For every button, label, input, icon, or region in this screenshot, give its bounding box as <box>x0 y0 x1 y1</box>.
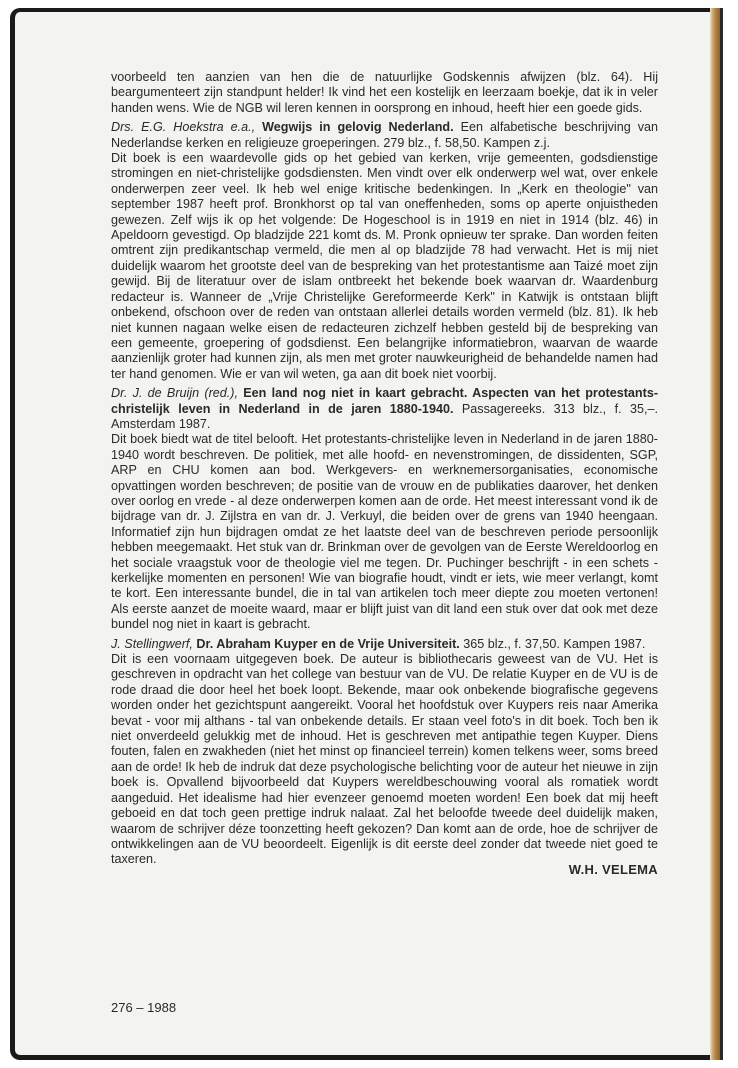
page-edge-shadow <box>720 8 723 1060</box>
intro-paragraph: voorbeeld ten aanzien van hen die de nat… <box>111 70 658 116</box>
review-entry: Dr. J. de Bruijn (red.), Een land nog ni… <box>111 386 658 633</box>
article-body: voorbeeld ten aanzien van hen die de nat… <box>111 70 658 877</box>
review-body: Dit boek is een waardevolle gids op het … <box>111 151 658 382</box>
review-heading: Dr. J. de Bruijn (red.), Een land nog ni… <box>111 386 658 432</box>
page-edge <box>710 8 720 1060</box>
scanned-page: voorbeeld ten aanzien van hen die de nat… <box>0 0 738 1068</box>
review-details: 365 blz., f. 37,50. Kampen 1987. <box>463 637 645 651</box>
page-number: 276 – 1988 <box>111 1000 176 1015</box>
reviewer-signature: W.H. VELEMA <box>111 862 658 877</box>
review-title: Dr. Abraham Kuyper en de Vrije Universit… <box>196 637 459 651</box>
review-author: Dr. J. de Bruijn (red.), <box>111 386 238 400</box>
review-heading: J. Stellingwerf, Dr. Abraham Kuyper en d… <box>111 637 658 652</box>
review-entry: J. Stellingwerf, Dr. Abraham Kuyper en d… <box>111 637 658 868</box>
review-author: Drs. E.G. Hoekstra e.a., <box>111 120 255 134</box>
review-heading: Drs. E.G. Hoekstra e.a., Wegwijs in gelo… <box>111 120 658 151</box>
review-body: Dit is een voornaam uitgegeven boek. De … <box>111 652 658 868</box>
review-author: J. Stellingwerf, <box>111 637 193 651</box>
review-title: Wegwijs in gelovig Nederland. <box>262 120 453 134</box>
review-entry: Drs. E.G. Hoekstra e.a., Wegwijs in gelo… <box>111 120 658 382</box>
review-body: Dit boek biedt wat de titel belooft. Het… <box>111 432 658 632</box>
